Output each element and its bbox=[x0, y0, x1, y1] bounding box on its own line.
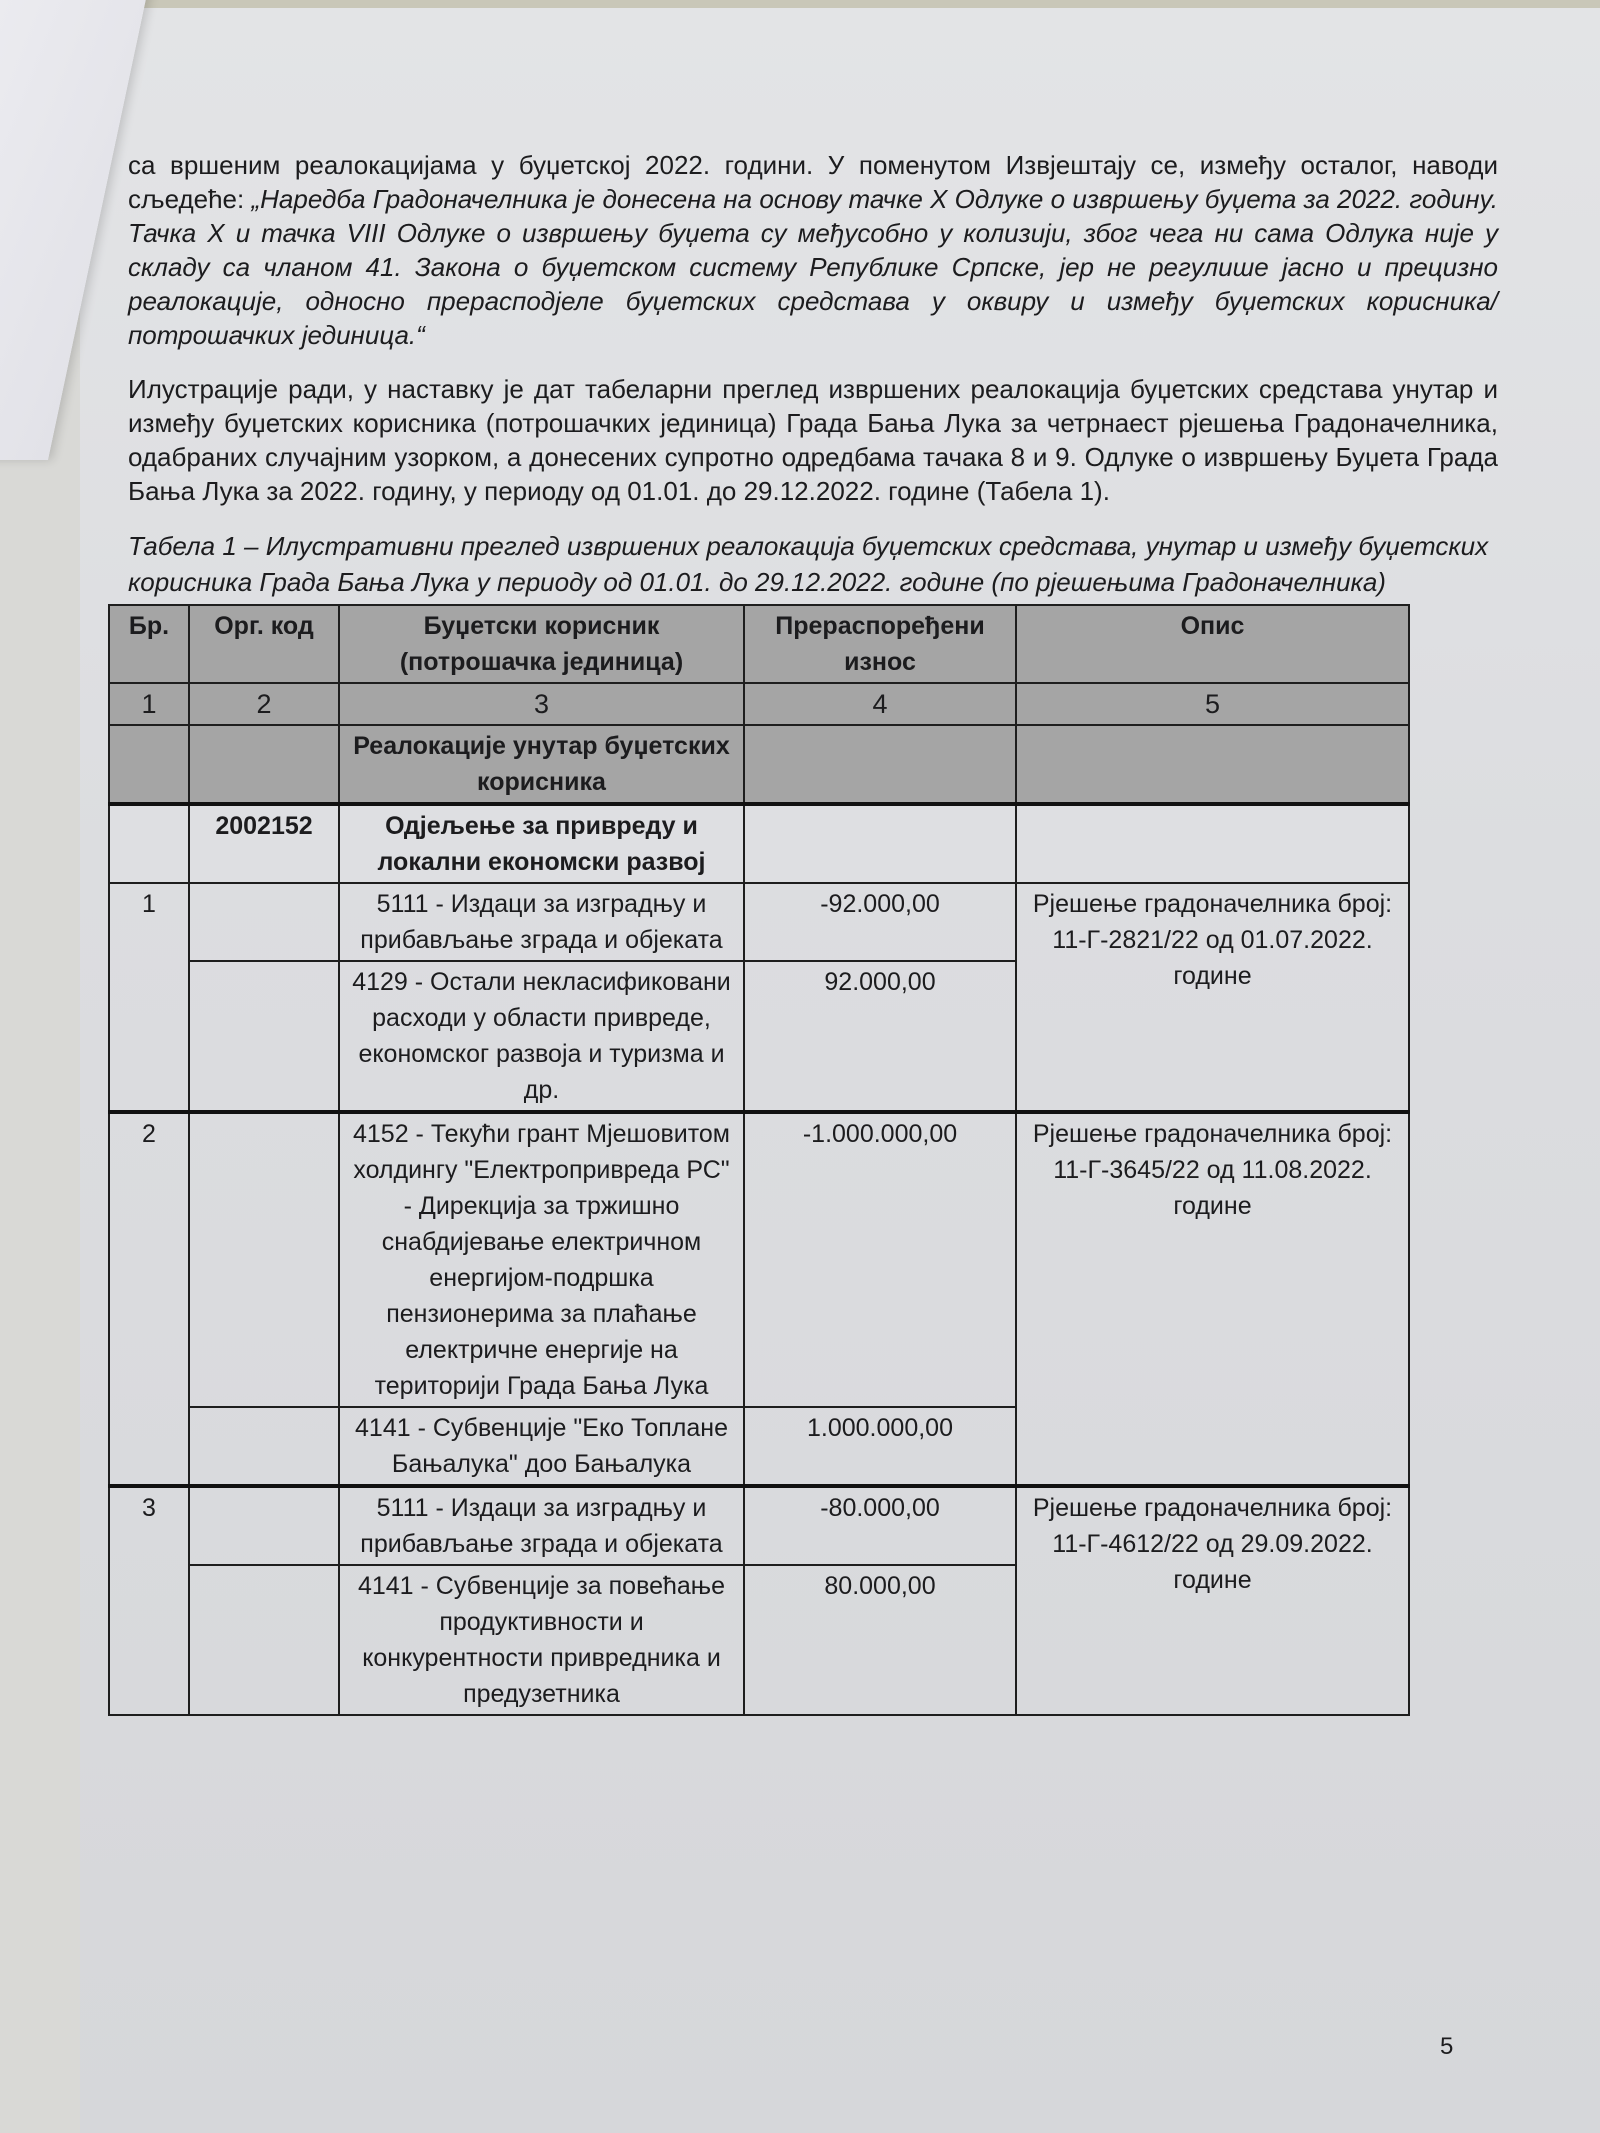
column-number: 3 bbox=[339, 683, 744, 725]
amount: -80.000,00 bbox=[744, 1486, 1016, 1565]
org-code-cell bbox=[189, 1407, 339, 1486]
budget-item: 4141 - Субвенције за повећање продуктивн… bbox=[339, 1565, 744, 1715]
org-code-cell bbox=[189, 1565, 339, 1715]
page-content: са вршеним реалокацијама у буџетској 202… bbox=[128, 148, 1498, 1716]
header-budget-user: Буџетски корисник (потрошачка јединица) bbox=[339, 605, 744, 683]
budget-item: 5111 - Издаци за изградњу и прибављање з… bbox=[339, 1486, 744, 1565]
amount: 1.000.000,00 bbox=[744, 1407, 1016, 1486]
group-org-code: 2002152 bbox=[189, 804, 339, 883]
amount: 80.000,00 bbox=[744, 1565, 1016, 1715]
column-number: 5 bbox=[1016, 683, 1409, 725]
table-row: 24152 - Текући грант Мјешовитом холдингу… bbox=[109, 1112, 1409, 1407]
budget-item: 4129 - Остали некласификовани расходи у … bbox=[339, 961, 744, 1112]
group-row: 2002152 Одјељење за привреду и локални е… bbox=[109, 804, 1409, 883]
org-code-cell bbox=[189, 961, 339, 1112]
decision-description: Рјешење градоначелника број: 11-Г-2821/2… bbox=[1016, 883, 1409, 1112]
quoted-finding: „Наредба Градоначелника је донесена на о… bbox=[128, 184, 1498, 350]
page-number: 5 bbox=[1440, 2033, 1453, 2061]
header-description: Опис bbox=[1016, 605, 1409, 683]
column-number: 1 bbox=[109, 683, 189, 725]
table-caption: Табела 1 – Илустративни преглед извршени… bbox=[128, 528, 1498, 600]
header-org-code: Орг. код bbox=[189, 605, 339, 683]
org-code-cell bbox=[189, 1486, 339, 1565]
amount: -92.000,00 bbox=[744, 883, 1016, 961]
budget-item: 5111 - Издаци за изградњу и прибављање з… bbox=[339, 883, 744, 961]
group-name: Одјељење за привреду и локални економски… bbox=[339, 804, 744, 883]
paragraph-report-quote: са вршеним реалокацијама у буџетској 202… bbox=[128, 148, 1498, 352]
budget-item: 4152 - Текући грант Мјешовитом холдингу … bbox=[339, 1112, 744, 1407]
header-amount: Прераспоређени износ bbox=[744, 605, 1016, 683]
column-number-row: 1 2 3 4 5 bbox=[109, 683, 1409, 725]
reallocation-table: Бр. Орг. код Буџетски корисник (потрошач… bbox=[108, 604, 1410, 1716]
entry-number: 2 bbox=[109, 1112, 189, 1486]
amount: 92.000,00 bbox=[744, 961, 1016, 1112]
header-no: Бр. bbox=[109, 605, 189, 683]
table-row: 35111 - Издаци за изградњу и прибављање … bbox=[109, 1486, 1409, 1565]
table-row: 15111 - Издаци за изградњу и прибављање … bbox=[109, 883, 1409, 961]
section-row: Реалокације унутар буџетских корисника bbox=[109, 725, 1409, 804]
entry-number: 3 bbox=[109, 1486, 189, 1715]
decision-description: Рјешење градоначелника број: 11-Г-3645/2… bbox=[1016, 1112, 1409, 1486]
budget-item: 4141 - Субвенције "Еко Топлане Бањалука"… bbox=[339, 1407, 744, 1486]
decision-description: Рјешење градоначелника број: 11-Г-4612/2… bbox=[1016, 1486, 1409, 1715]
column-number: 4 bbox=[744, 683, 1016, 725]
entries-body: 15111 - Издаци за изградњу и прибављање … bbox=[109, 883, 1409, 1715]
document-page: са вршеним реалокацијама у буџетској 202… bbox=[80, 8, 1600, 2133]
entry-number: 1 bbox=[109, 883, 189, 1112]
paragraph-illustration: Илустрације ради, у наставку је дат табе… bbox=[128, 372, 1498, 508]
column-number: 2 bbox=[189, 683, 339, 725]
table-header-row: Бр. Орг. код Буџетски корисник (потрошач… bbox=[109, 605, 1409, 683]
org-code-cell bbox=[189, 883, 339, 961]
amount: -1.000.000,00 bbox=[744, 1112, 1016, 1407]
org-code-cell bbox=[189, 1112, 339, 1407]
section-title: Реалокације унутар буџетских корисника bbox=[339, 725, 744, 804]
